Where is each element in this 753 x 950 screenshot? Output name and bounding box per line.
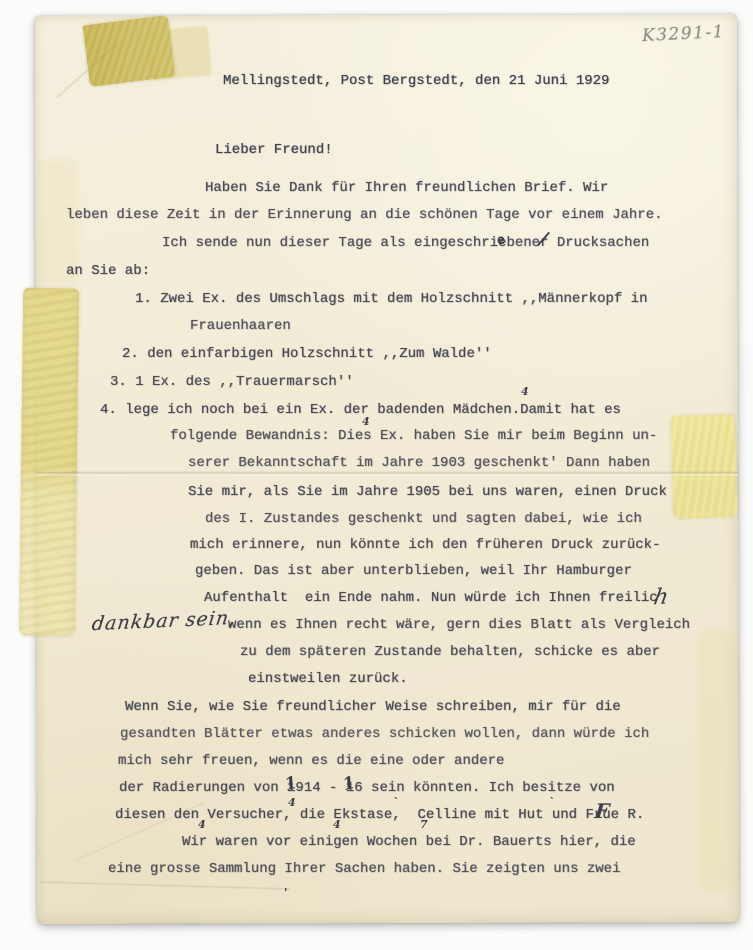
typed-line: 2. den einfarbigen Holzschnitt ,,Zum Wal… [122,347,492,362]
typed-line: an Sie ab: [66,264,150,279]
tape-residue-right [699,630,735,890]
hw-F-over-frue: F [594,799,611,823]
typed-line: des I. Zustandes geschenkt und sagten da… [205,512,642,527]
typed-line: wenn es Ihnen recht wäre, gern dies Blat… [228,618,690,633]
typed-line: Wenn Sie, wie Sie freundlicher Weise sch… [125,700,621,715]
hw-stray-mark: ' [284,886,287,899]
dateline: Mellingstedt, Post Bergstedt, den 21 Jun… [223,74,609,89]
typed-line: gesandten Blätter etwas anderes schicken… [120,727,649,742]
typed-line: 4. lege ich noch bei ein Ex. der badende… [100,403,621,418]
typed-line: serer Bekanntschaft im Jahre 1903 gesche… [188,456,650,471]
typed-line: Aufenthalt ein Ende nahm. Nun würde ich … [204,591,658,606]
typed-line: 3. 1 Ex. des ,,Trauermarsch'' [110,375,354,390]
typed-line: diesen den Versucher, die Ekstase, Celli… [115,808,644,823]
hw-mark-below-celline: 7 [420,818,428,831]
salutation: Lieber Freund! [215,143,333,158]
hw-correction-e: e [497,233,505,248]
typed-line: geben. Das ist aber unterblieben, weil I… [195,564,632,579]
typed-line: folgende Bewandnis: Dies Ex. haben Sie m… [170,429,657,444]
fold-crease [36,471,738,476]
tape-top-left [83,15,176,87]
tape-right-patch [671,414,738,519]
typed-line: Ich sende nun dieser Tage als eingeschri… [162,236,649,251]
hw-insert-mark-above-damit: 4 [521,385,529,398]
typed-line: 1. Zwei Ex. des Umschlags mit dem Holzsc… [135,292,647,307]
hw-insert-mark-below-der: 4 [362,415,370,428]
hw-mark-below-versucher: 4 [198,818,206,831]
typed-line: der Radierungen von 1914 - 16 sein könnt… [119,781,615,796]
hw-mark-above-ekstase: ` [393,796,399,809]
typed-line: Sie mir, als Sie im Jahre 1905 bei uns w… [188,485,667,500]
typed-line: Frauenhaaren [190,319,291,334]
hw-mark-below-ekstase: 4 [333,818,341,831]
letter-scan: Mellingstedt, Post Bergstedt, den 21 Jun… [0,0,753,950]
typed-line: Wir waren vor einigen Wochen bei Dr. Bau… [182,835,636,850]
typed-line: zu dem späteren Zustande behalten, schic… [240,645,660,660]
typed-line: Haben Sie Dank für Ihren freundlichen Br… [205,181,608,196]
typed-line: mich sehr freuen, wenn es die eine oder … [118,754,504,769]
hw-mark-above-versucher: 4 [288,796,296,809]
typed-line: mich erinnere, nun könnte ich den früher… [190,538,660,553]
hw-mark-above-hut: ` [549,796,555,809]
tape-left-strip [19,288,79,637]
typed-line: leben diese Zeit in der Erinnerung an di… [66,208,663,223]
typed-line: eine grosse Sammlung Ihrer Sachen haben.… [108,862,620,877]
typed-line: einstweilen zurück. [248,672,408,687]
